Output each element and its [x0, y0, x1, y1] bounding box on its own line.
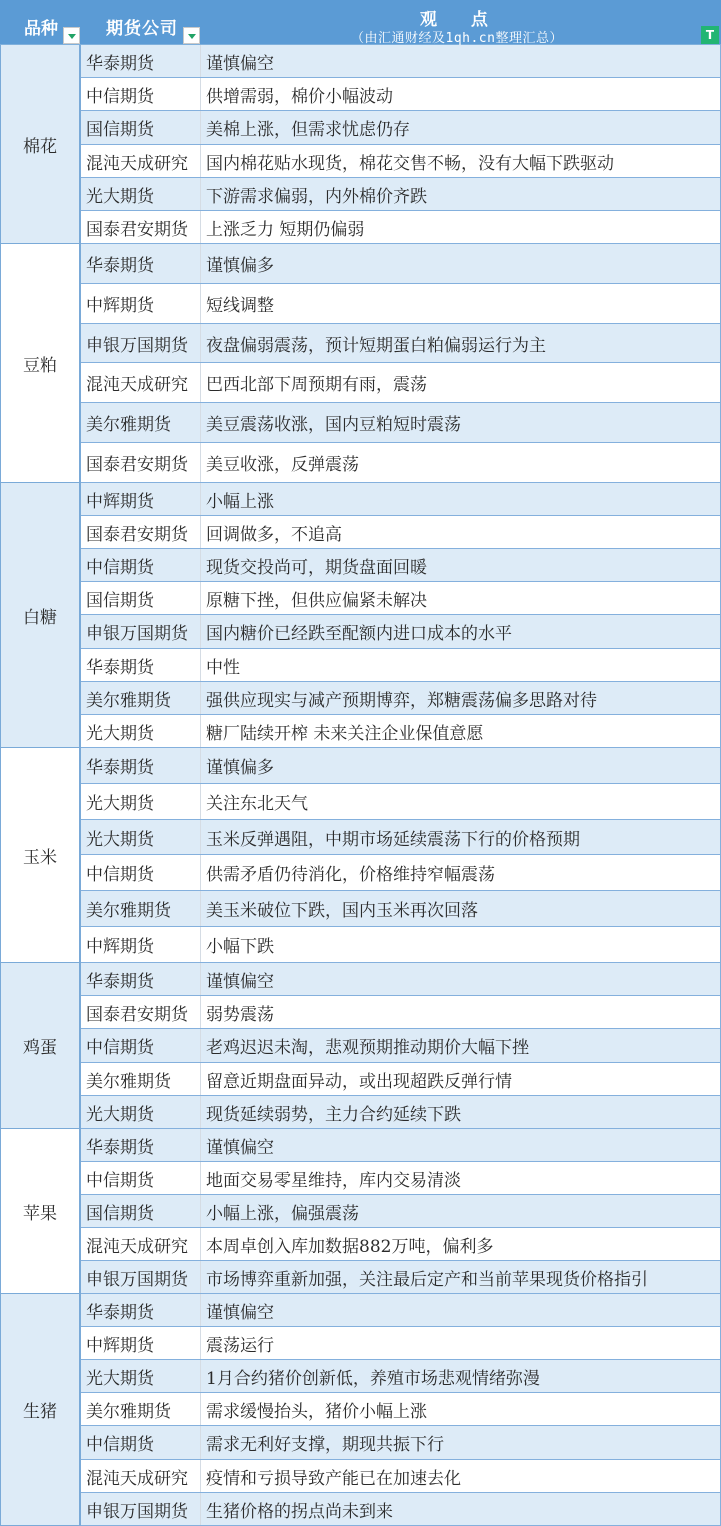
table-row: 美尔雅期货美玉米破位下跌，国内玉米再次回落	[81, 891, 721, 927]
table-row: 华泰期货谨慎偏多	[81, 748, 721, 784]
table-row: 混沌天成研究巴西北部下周预期有雨，震荡	[81, 363, 721, 403]
company-cell: 光大期货	[81, 178, 201, 210]
view-cell: 谨慎偏空	[201, 1133, 274, 1158]
company-cell: 申银万国期货	[81, 615, 201, 648]
table-row: 中辉期货小幅上涨	[81, 483, 721, 516]
view-cell: 糖厂陆续开榨 未来关注企业保值意愿	[201, 719, 483, 744]
company-cell: 光大期货	[81, 784, 201, 819]
variety-cell: 生猪	[0, 1294, 81, 1526]
table-row: 中信期货需求无利好支撑，期现共振下行	[81, 1426, 721, 1460]
table-row: 申银万国期货夜盘偏弱震荡，预计短期蛋白粕偏弱运行为主	[81, 324, 721, 363]
company-cell: 美尔雅期货	[81, 403, 201, 442]
dropdown-arrow-icon[interactable]	[183, 27, 200, 44]
header-variety: 品种	[24, 14, 58, 39]
view-cell: 回调做多，不追高	[201, 520, 342, 545]
view-cell: 现货延续弱势，主力合约延续下跌	[201, 1100, 461, 1125]
table-row: 美尔雅期货美豆震荡收涨，国内豆粕短时震荡	[81, 403, 721, 443]
company-cell: 国泰君安期货	[81, 996, 201, 1028]
view-cell: 老鸡迟迟未淘，悲观预期推动期价大幅下挫	[201, 1033, 529, 1058]
variety-group: 白糖中辉期货小幅上涨国泰君安期货回调做多，不追高中信期货现货交投尚可，期货盘面回…	[0, 483, 721, 748]
company-cell: 华泰期货	[81, 649, 201, 681]
view-cell: 地面交易零星维持，库内交易清淡	[201, 1166, 461, 1191]
table-row: 华泰期货中性	[81, 649, 721, 682]
variety-cell: 鸡蛋	[0, 963, 81, 1129]
company-cell: 混沌天成研究	[81, 1228, 201, 1260]
table-row: 光大期货1月合约猪价创新低，养殖市场悲观情绪弥漫	[81, 1360, 721, 1393]
table-row: 光大期货玉米反弹遇阻，中期市场延续震荡下行的价格预期	[81, 820, 721, 855]
company-cell: 华泰期货	[81, 748, 201, 783]
table-row: 申银万国期货国内糖价已经跌至配额内进口成本的水平	[81, 615, 721, 649]
view-cell: 原糖下挫，但供应偏紧未解决	[201, 586, 427, 611]
view-cell: 市场博弈重新加强，关注最后定产和当前苹果现货价格指引	[201, 1265, 648, 1290]
table-row: 华泰期货谨慎偏多	[81, 244, 721, 284]
table-row: 中辉期货短线调整	[81, 284, 721, 324]
view-cell: 生猪价格的拐点尚未到来	[201, 1497, 393, 1522]
view-cell: 玉米反弹遇阻，中期市场延续震荡下行的价格预期	[201, 825, 580, 850]
view-cell: 国内棉花贴水现货，棉花交售不畅，没有大幅下跌驱动	[201, 149, 614, 174]
company-cell: 混沌天成研究	[81, 145, 201, 177]
table-row: 申银万国期货市场博弈重新加强，关注最后定产和当前苹果现货价格指引	[81, 1261, 721, 1294]
view-cell: 夜盘偏弱震荡，预计短期蛋白粕偏弱运行为主	[201, 331, 546, 356]
table-row: 美尔雅期货需求缓慢抬头，猪价小幅上涨	[81, 1393, 721, 1426]
view-cell: 谨慎偏多	[201, 753, 274, 778]
company-cell: 华泰期货	[81, 1129, 201, 1161]
view-cell: 美棉上涨，但需求忧虑仍存	[201, 115, 410, 140]
view-cell: 现货交投尚可，期货盘面回暖	[201, 553, 427, 578]
view-cell: 谨慎偏空	[201, 49, 274, 74]
table-row: 光大期货糖厂陆续开榨 未来关注企业保值意愿	[81, 715, 721, 748]
variety-cell: 白糖	[0, 483, 81, 748]
company-cell: 申银万国期货	[81, 1493, 201, 1525]
table-row: 华泰期货谨慎偏空	[81, 1129, 721, 1162]
variety-cell: 棉花	[0, 45, 81, 244]
view-cell: 谨慎偏空	[201, 1298, 274, 1323]
table-row: 国泰君安期货美豆收涨，反弹震荡	[81, 443, 721, 483]
table-row: 中辉期货小幅下跌	[81, 927, 721, 963]
company-cell: 中辉期货	[81, 483, 201, 515]
table-row: 光大期货下游需求偏弱，内外棉价齐跌	[81, 178, 721, 211]
company-cell: 国泰君安期货	[81, 443, 201, 482]
variety-cell: 玉米	[0, 748, 81, 963]
table-row: 光大期货关注东北天气	[81, 784, 721, 820]
company-cell: 华泰期货	[81, 963, 201, 995]
table-row: 国信期货原糖下挫，但供应偏紧未解决	[81, 582, 721, 615]
company-cell: 国泰君安期货	[81, 211, 201, 243]
view-cell: 美豆收涨，反弹震荡	[201, 450, 359, 475]
table-row: 国信期货小幅上涨，偏强震荡	[81, 1195, 721, 1228]
table-row: 中信期货供需矛盾仍待消化，价格维持窄幅震荡	[81, 855, 721, 891]
company-cell: 华泰期货	[81, 1294, 201, 1326]
table-row: 中信期货地面交易零星维持，库内交易清淡	[81, 1162, 721, 1195]
view-cell: 小幅下跌	[201, 932, 274, 957]
variety-cell: 豆粕	[0, 244, 81, 483]
table-row: 国泰君安期货上涨乏力 短期仍偏弱	[81, 211, 721, 244]
company-cell: 中辉期货	[81, 927, 201, 962]
company-cell: 国信期货	[81, 111, 201, 144]
view-cell: 疫情和亏损导致产能已在加速去化	[201, 1464, 461, 1489]
company-cell: 中信期货	[81, 1162, 201, 1194]
view-cell: 供需矛盾仍待消化，价格维持窄幅震荡	[201, 860, 495, 885]
header-company: 期货公司	[106, 14, 178, 39]
table-row: 混沌天成研究本周卓创入库加数据882万吨，偏利多	[81, 1228, 721, 1261]
view-cell: 强供应现实与减产预期博弈，郑糖震荡偏多思路对待	[201, 686, 597, 711]
dropdown-arrow-icon[interactable]	[63, 27, 80, 44]
view-cell: 需求无利好支撑，期现共振下行	[201, 1430, 444, 1455]
table-row: 国泰君安期货回调做多，不追高	[81, 516, 721, 549]
company-cell: 美尔雅期货	[81, 1393, 201, 1425]
header-view-note: （由汇通财经及1qh.cn整理汇总）	[351, 27, 563, 46]
variety-group: 玉米华泰期货谨慎偏多光大期货关注东北天气光大期货玉米反弹遇阻，中期市场延续震荡下…	[0, 748, 721, 963]
company-cell: 国信期货	[81, 582, 201, 614]
view-cell: 谨慎偏空	[201, 967, 274, 992]
view-cell: 巴西北部下周预期有雨，震荡	[201, 370, 427, 395]
view-cell: 谨慎偏多	[201, 251, 274, 276]
view-cell: 美玉米破位下跌，国内玉米再次回落	[201, 896, 478, 921]
funnel-filter-icon[interactable]: T	[701, 26, 719, 44]
view-cell: 1月合约猪价创新低，养殖市场悲观情绪弥漫	[201, 1364, 540, 1389]
view-cell: 下游需求偏弱，内外棉价齐跌	[201, 182, 427, 207]
company-cell: 中信期货	[81, 549, 201, 581]
table-row: 中信期货供增需弱，棉价小幅波动	[81, 78, 721, 111]
table-row: 混沌天成研究国内棉花贴水现货，棉花交售不畅，没有大幅下跌驱动	[81, 145, 721, 178]
company-cell: 申银万国期货	[81, 1261, 201, 1293]
view-cell: 弱势震荡	[201, 1000, 274, 1025]
view-cell: 小幅上涨，偏强震荡	[201, 1199, 359, 1224]
view-cell: 中性	[201, 653, 240, 678]
table-row: 华泰期货谨慎偏空	[81, 963, 721, 996]
table-row: 华泰期货谨慎偏空	[81, 1294, 721, 1327]
table-row: 混沌天成研究疫情和亏损导致产能已在加速去化	[81, 1460, 721, 1493]
view-cell: 留意近期盘面异动，或出现超跌反弹行情	[201, 1067, 512, 1092]
company-cell: 华泰期货	[81, 244, 201, 283]
company-cell: 美尔雅期货	[81, 891, 201, 926]
table-row: 国信期货美棉上涨，但需求忧虑仍存	[81, 111, 721, 145]
table-row: 光大期货现货延续弱势，主力合约延续下跌	[81, 1096, 721, 1129]
company-cell: 混沌天成研究	[81, 363, 201, 402]
company-cell: 中辉期货	[81, 1327, 201, 1359]
table-row: 申银万国期货生猪价格的拐点尚未到来	[81, 1493, 721, 1526]
table-row: 国泰君安期货弱势震荡	[81, 996, 721, 1029]
company-cell: 中信期货	[81, 1029, 201, 1062]
company-cell: 美尔雅期货	[81, 682, 201, 714]
company-cell: 申银万国期货	[81, 324, 201, 362]
view-cell: 本周卓创入库加数据882万吨，偏利多	[201, 1232, 493, 1257]
company-cell: 国信期货	[81, 1195, 201, 1227]
company-cell: 华泰期货	[81, 45, 201, 77]
company-cell: 中信期货	[81, 78, 201, 110]
view-cell: 震荡运行	[201, 1331, 274, 1356]
company-cell: 中信期货	[81, 1426, 201, 1459]
view-cell: 关注东北天气	[201, 789, 308, 814]
view-cell: 需求缓慢抬头，猪价小幅上涨	[201, 1397, 427, 1422]
variety-cell: 苹果	[0, 1129, 81, 1294]
table-row: 中辉期货震荡运行	[81, 1327, 721, 1360]
company-cell: 光大期货	[81, 1096, 201, 1128]
table-row: 中信期货现货交投尚可，期货盘面回暖	[81, 549, 721, 582]
company-cell: 中辉期货	[81, 284, 201, 323]
view-cell: 上涨乏力 短期仍偏弱	[201, 215, 364, 240]
view-cell: 供增需弱，棉价小幅波动	[201, 82, 393, 107]
variety-group: 豆粕华泰期货谨慎偏多中辉期货短线调整申银万国期货夜盘偏弱震荡，预计短期蛋白粕偏弱…	[0, 244, 721, 483]
company-cell: 光大期货	[81, 1360, 201, 1392]
company-cell: 光大期货	[81, 820, 201, 854]
company-cell: 光大期货	[81, 715, 201, 747]
variety-group: 鸡蛋华泰期货谨慎偏空国泰君安期货弱势震荡中信期货老鸡迟迟未淘，悲观预期推动期价大…	[0, 963, 721, 1129]
variety-group: 棉花华泰期货谨慎偏空中信期货供增需弱，棉价小幅波动国信期货美棉上涨，但需求忧虑仍…	[0, 45, 721, 244]
table-row: 美尔雅期货留意近期盘面异动，或出现超跌反弹行情	[81, 1063, 721, 1096]
view-cell: 小幅上涨	[201, 487, 274, 512]
company-cell: 美尔雅期货	[81, 1063, 201, 1095]
variety-group: 生猪华泰期货谨慎偏空中辉期货震荡运行光大期货1月合约猪价创新低，养殖市场悲观情绪…	[0, 1294, 721, 1526]
company-cell: 混沌天成研究	[81, 1460, 201, 1492]
variety-group: 苹果华泰期货谨慎偏空中信期货地面交易零星维持，库内交易清淡国信期货小幅上涨，偏强…	[0, 1129, 721, 1294]
view-cell: 国内糖价已经跌至配额内进口成本的水平	[201, 619, 512, 644]
table-header: 品种 期货公司 观 点 （由汇通财经及1qh.cn整理汇总） T	[0, 0, 721, 45]
table-row: 美尔雅期货强供应现实与减产预期博弈，郑糖震荡偏多思路对待	[81, 682, 721, 715]
company-cell: 国泰君安期货	[81, 516, 201, 548]
view-cell: 短线调整	[201, 291, 274, 316]
table-row: 华泰期货谨慎偏空	[81, 45, 721, 78]
view-cell: 美豆震荡收涨，国内豆粕短时震荡	[201, 410, 461, 435]
company-cell: 中信期货	[81, 855, 201, 890]
table-row: 中信期货老鸡迟迟未淘，悲观预期推动期价大幅下挫	[81, 1029, 721, 1063]
